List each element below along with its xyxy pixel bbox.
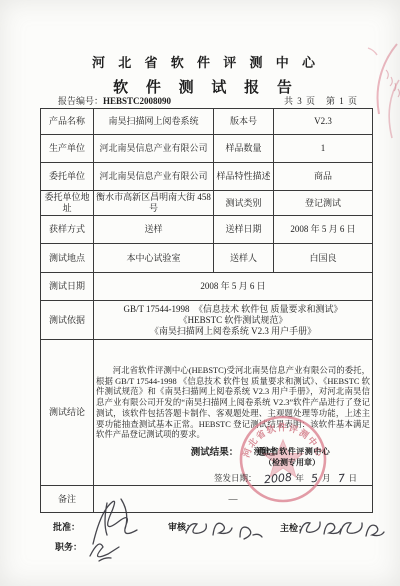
- scanned-report-page: 河 北 省 软 件 评 测 中 心 软 件 测 试 报 告 报告编号：HEBST…: [0, 0, 400, 586]
- org-title: 河 北 省 软 件 评 测 中 心: [40, 52, 372, 71]
- field-label: 生产单位: [41, 135, 94, 163]
- chief-signature-2: [340, 523, 384, 536]
- field-label: 测试依据: [41, 301, 94, 340]
- table-row-conclusion: 测试结论 河北省软件评测中心(HEBSTC)受河北南昊信息产业有限公司的委托，根…: [41, 340, 373, 486]
- report-number-label: 报告编号：: [58, 96, 103, 106]
- field-value: 白国良: [274, 244, 373, 273]
- report-number: 报告编号：HEBSTC2008090: [40, 94, 171, 108]
- remark-value: —: [94, 486, 373, 513]
- field-label: 样品数量: [214, 135, 274, 163]
- test-result-label: 测试结果：: [191, 448, 239, 458]
- job-title-label: 职务：: [55, 540, 82, 553]
- field-value: 本中心试验室: [94, 244, 214, 273]
- field-label: 备注: [41, 486, 94, 513]
- basis-line: GB/T 17544-1998 《信息技术 软件包 质量要求和测试》: [96, 304, 370, 315]
- field-label: 产品名称: [41, 109, 94, 135]
- conclusion-cell: 河北省软件评测中心(HEBSTC)受河北南昊信息产业有限公司的委托，根据 GB/…: [94, 340, 373, 486]
- table-row: 获样方式 送样 送样日期 2008 年 5 月 6 日: [41, 216, 373, 244]
- basis-line: 《南昊扫描网上阅卷系统 V2.3 用户手册》: [96, 326, 370, 337]
- field-value: 送样: [94, 216, 214, 244]
- table-row: 委托单位 河北南昊信息产业有限公司 样品特性描述 商品: [41, 163, 373, 191]
- test-basis-list: GB/T 17544-1998 《信息技术 软件包 质量要求和测试》 《HEBS…: [94, 301, 373, 340]
- field-label: 委托单位: [41, 163, 94, 191]
- reviewer-signature: [186, 523, 262, 539]
- field-label: 送样人: [214, 244, 274, 273]
- field-value: V2.3: [274, 109, 373, 135]
- field-value: 河北南昊信息产业有限公司: [94, 135, 214, 163]
- field-label: 样品特性描述: [214, 163, 274, 191]
- field-label: 获样方式: [41, 216, 94, 244]
- field-label: 测试地点: [41, 244, 94, 273]
- field-label: 版本号: [214, 109, 274, 135]
- field-value: 衡水市高新区昌明南大街 458 号: [94, 191, 214, 216]
- test-result-line: 测试结果：通过: [96, 448, 370, 459]
- field-label: 送样日期: [214, 216, 274, 244]
- conclusion-paragraph: 河北省软件评测中心(HEBSTC)受河北南昊信息产业有限公司的委托，根据 GB/…: [96, 366, 370, 442]
- report-meta-row: 报告编号：HEBSTC2008090 共 3 页 第 1 页: [40, 94, 372, 108]
- table-row: 产品名称 南昊扫描网上阅卷系统 版本号 V2.3: [41, 109, 373, 135]
- field-label: 委托单位地址: [41, 191, 94, 216]
- approve-label: 批准：: [53, 520, 80, 533]
- field-value: 1: [274, 135, 373, 163]
- field-value: 2008 年 5 月 6 日: [274, 216, 373, 244]
- field-value: 2008 年 5 月 6 日: [94, 273, 373, 301]
- field-label: 测试类别: [214, 191, 274, 216]
- table-row: 委托单位地址 衡水市高新区昌明南大街 458 号 测试类别 登记测试: [41, 191, 373, 216]
- field-label: 测试日期: [41, 273, 94, 301]
- table-row-test-basis: 测试依据 GB/T 17544-1998 《信息技术 软件包 质量要求和测试》 …: [41, 301, 373, 340]
- field-label: 测试结论: [41, 340, 94, 486]
- chief-inspector-label: 主检：: [280, 521, 307, 534]
- table-row: 生产单位 河北南昊信息产业有限公司 样品数量 1: [41, 135, 373, 163]
- report-table: 产品名称 南昊扫描网上阅卷系统 版本号 V2.3 生产单位 河北南昊信息产业有限…: [40, 108, 373, 513]
- table-row-test-date: 测试日期 2008 年 5 月 6 日: [41, 273, 373, 301]
- field-value: 南昊扫描网上阅卷系统: [94, 109, 214, 135]
- pagination: 共 3 页 第 1 页: [284, 94, 372, 108]
- test-result-value: 通过: [256, 448, 275, 458]
- review-label: 审核：: [168, 520, 195, 533]
- table-row: 测试地点 本中心试验室 送样人 白国良: [41, 244, 373, 273]
- field-value: 商品: [274, 163, 373, 191]
- table-row-remark: 备注 —: [41, 486, 373, 513]
- report-number-value: HEBSTC2008090: [103, 96, 171, 106]
- field-value: 河北南昊信息产业有限公司: [94, 163, 214, 191]
- basis-line: 《HEBSTC 软件测试规范》: [96, 315, 370, 326]
- job-title-handwriting: [90, 544, 119, 561]
- field-value: 登记测试: [274, 191, 373, 216]
